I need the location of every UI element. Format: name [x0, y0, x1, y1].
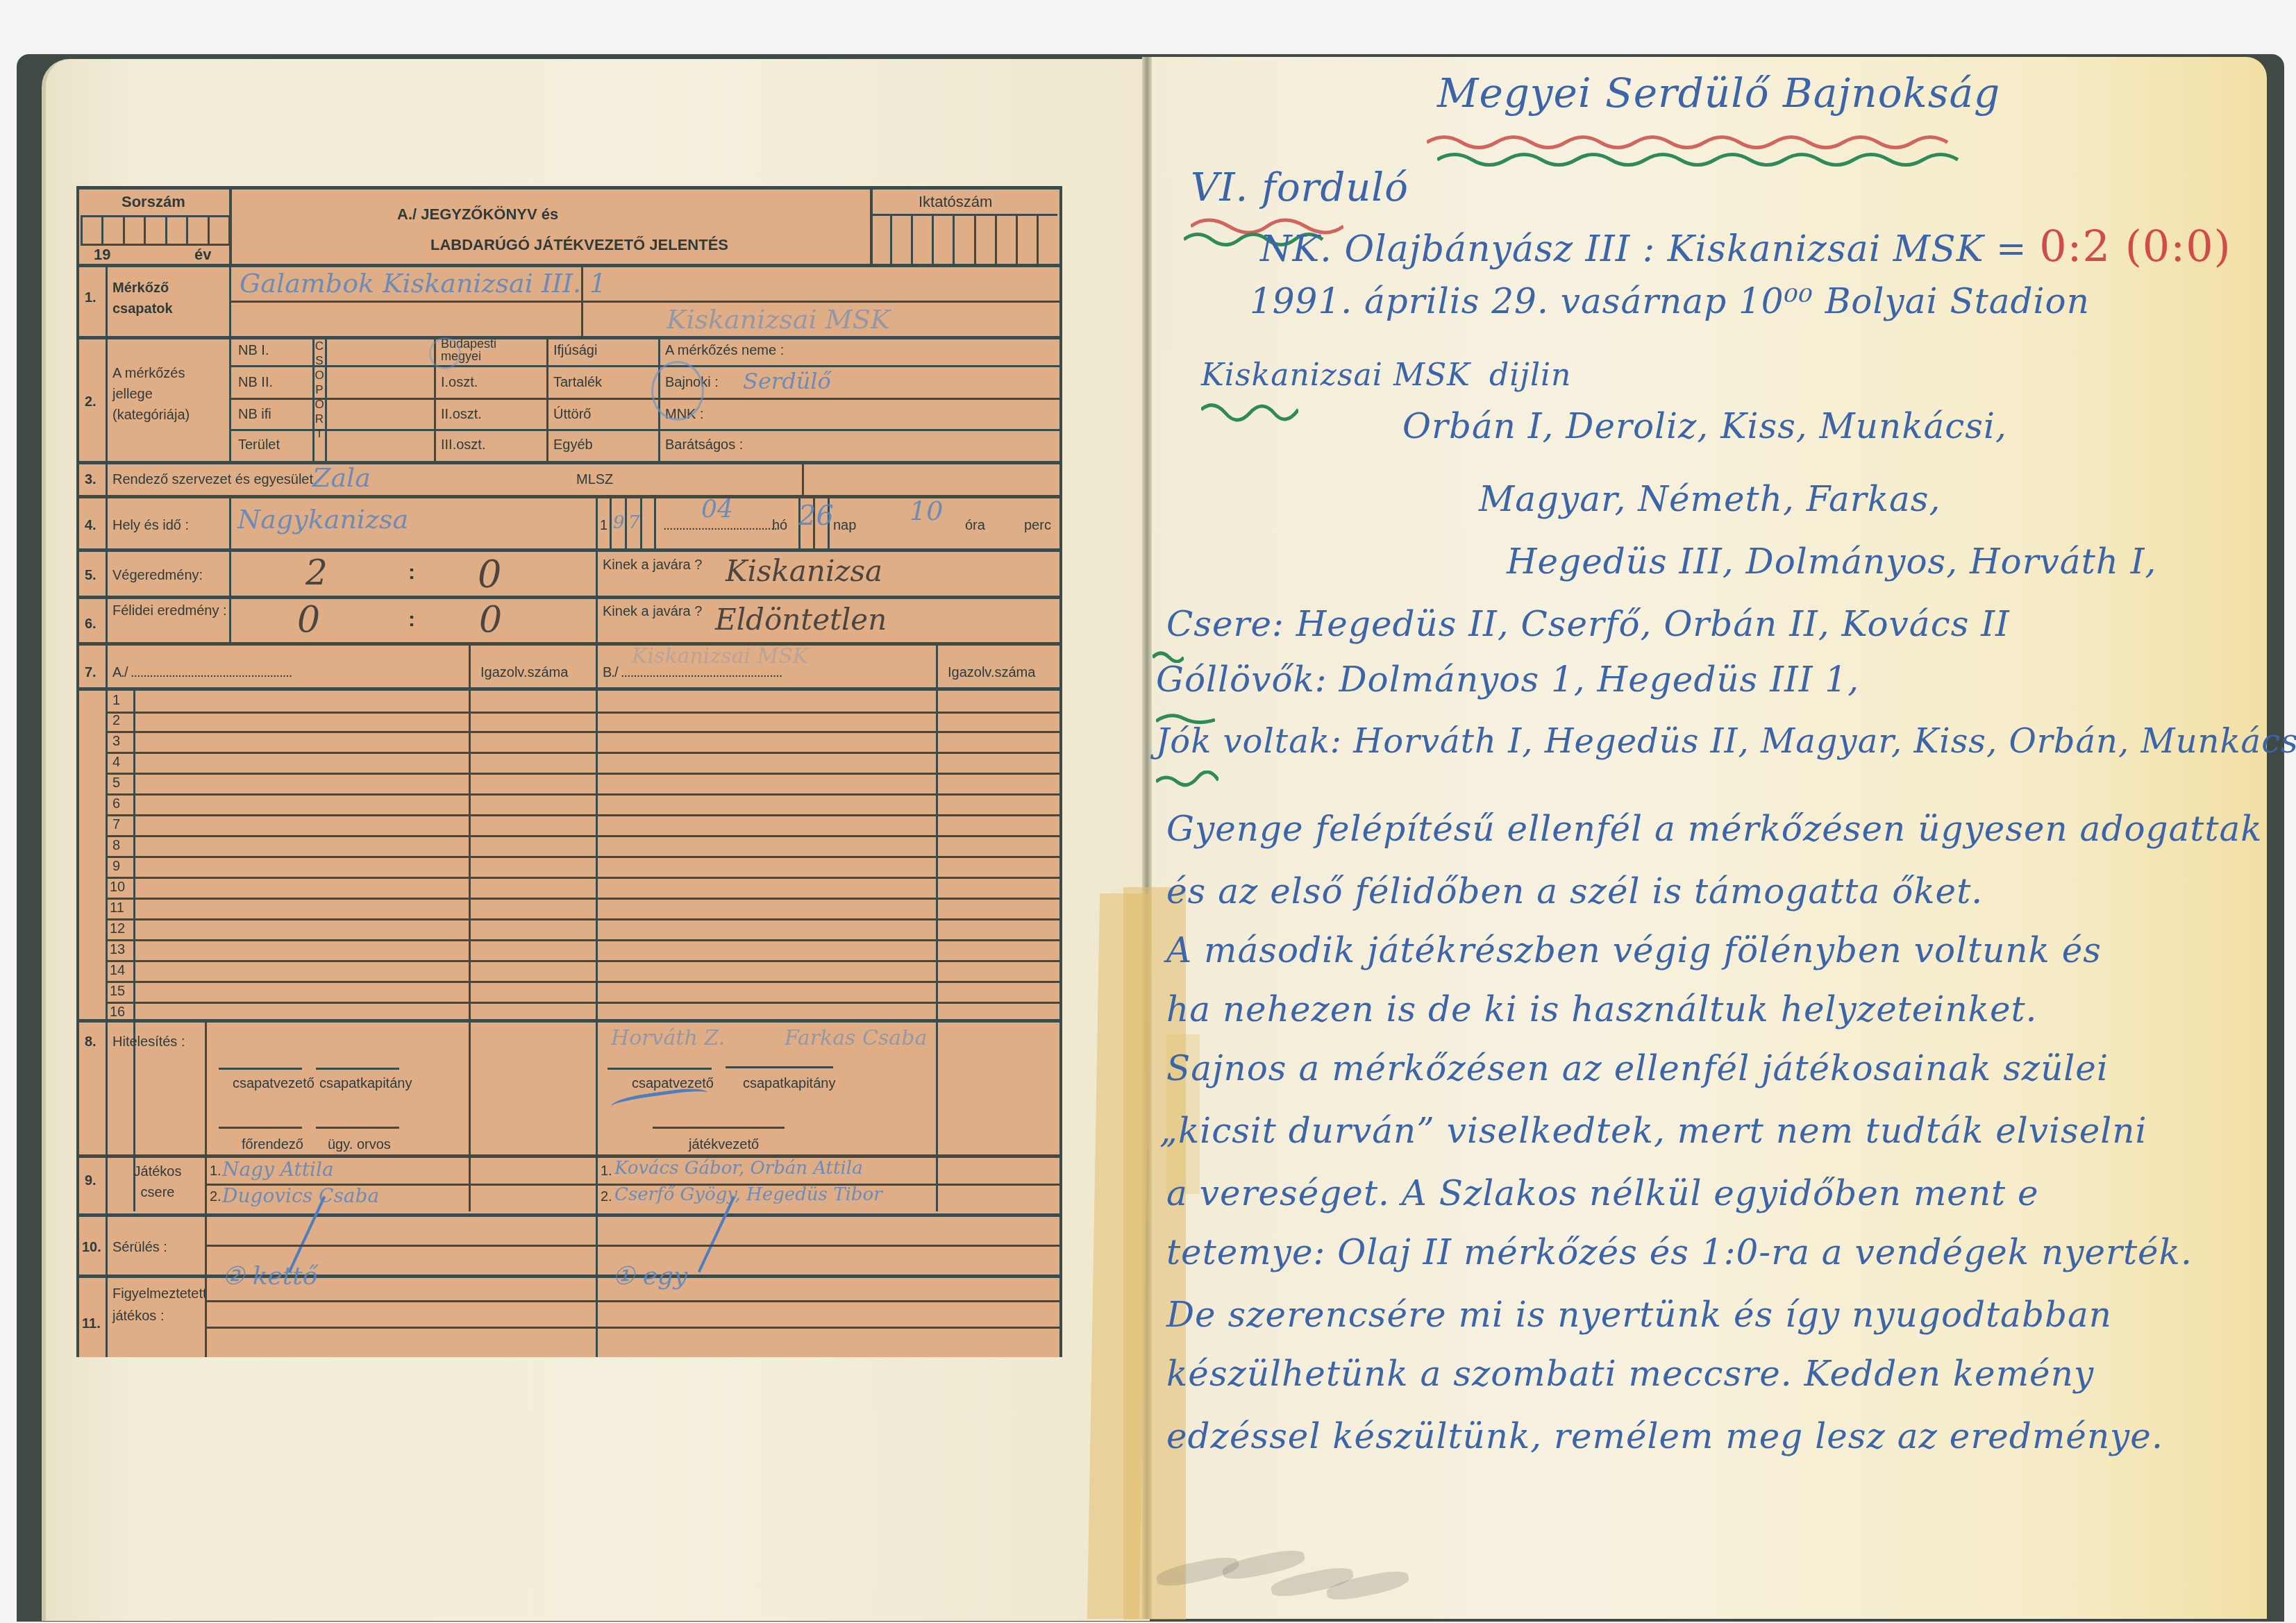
table-row[interactable]: 1	[106, 691, 1059, 714]
table-row[interactable]: 4	[106, 753, 1059, 775]
category-ii-oszt[interactable]: II.oszt.	[441, 407, 482, 423]
halftime-label: Félidei eredmény :	[112, 601, 227, 621]
table-row[interactable]: 2	[106, 712, 1059, 733]
category-terulet[interactable]: Terület	[238, 437, 280, 453]
form-title-line1: A./ JEGYZŐKÖNYV és	[397, 205, 558, 224]
team-b-roster-handwritten: Kiskanizsai MSK	[632, 644, 808, 668]
row-number: 1.	[85, 290, 97, 306]
final-result-label: Végeredmény:	[112, 568, 203, 584]
player-number: 5	[112, 775, 120, 791]
injury-label: Sérülés :	[112, 1240, 167, 1256]
row-number: 3.	[85, 472, 97, 488]
table-row[interactable]: 14	[106, 961, 1059, 983]
team-a-id-header: Igazolv.száma	[480, 665, 568, 681]
category-ifjusagi[interactable]: Ifjúsági	[553, 343, 597, 359]
sorszam-boxes[interactable]	[81, 215, 231, 246]
player-number: 12	[110, 921, 125, 937]
score-separator: :	[408, 608, 415, 632]
hour-label: óra	[965, 518, 985, 534]
table-row[interactable]: 12	[106, 920, 1059, 941]
player-number: 9	[112, 859, 120, 875]
player-number: 14	[110, 963, 125, 979]
player-number: 7	[112, 817, 120, 833]
signature-captain-b: Farkas Csaba	[785, 1026, 927, 1050]
sub-a-1[interactable]: Nagy Attila	[222, 1158, 334, 1181]
place-value[interactable]: Nagykanizsa	[237, 504, 408, 535]
report-line-4: ha nehezen is de ki is használtuk helyze…	[1166, 989, 2038, 1029]
halftime-away-score[interactable]: 0	[479, 599, 502, 641]
row-number: 5.	[85, 568, 97, 584]
table-row[interactable]: 11	[106, 899, 1059, 920]
table-row[interactable]: 3	[106, 732, 1059, 754]
category-i-oszt[interactable]: I.oszt.	[441, 375, 478, 391]
table-row[interactable]: 5	[106, 774, 1059, 796]
score-separator: :	[408, 561, 415, 585]
team-a-roster-label: A./ ....................................…	[112, 665, 292, 681]
category-tartalek[interactable]: Tartalék	[553, 375, 602, 391]
sub-slot-2: 2.	[601, 1189, 612, 1205]
organizer-label: Rendező szervezet és egyesület	[112, 472, 313, 488]
final-away-score[interactable]: 0	[478, 553, 501, 596]
iktatoszam-label: Iktatószám	[919, 193, 992, 211]
category-nb2[interactable]: NB II.	[238, 375, 273, 391]
final-home-score[interactable]: 2	[305, 553, 328, 593]
organizer-mlsz: MLSZ	[576, 472, 613, 488]
player-number: 15	[110, 984, 125, 1000]
match-type-handwritten[interactable]: Serdülő	[743, 368, 831, 394]
category-label: A mérkőzés jellege (kategóriája)	[112, 363, 227, 426]
row-number: 8.	[85, 1034, 97, 1050]
year-suffix: év	[194, 246, 211, 264]
player-number: 10	[110, 880, 125, 895]
year-digit-3[interactable]: 7	[628, 512, 640, 533]
team-b-value[interactable]: Kiskanizsai MSK	[667, 304, 890, 335]
row-number: 7.	[85, 665, 97, 681]
lineup-line-1: Orbán I, Deroliz, Kiss, Munkácsi,	[1402, 406, 2007, 446]
hour-value[interactable]: 10	[910, 496, 943, 526]
report-line-6: „kicsit durván” viselkedtek, mert nem tu…	[1159, 1111, 2147, 1151]
place-time-label: Hely és idő :	[112, 518, 189, 534]
year-prefix: 19	[94, 246, 110, 264]
match-report-form: Sorszám 19 év A./ JEGYZŐKÖNYV és LABDARÚ…	[76, 186, 1062, 1357]
year-digit-2[interactable]: 9	[613, 512, 625, 533]
table-row[interactable]: 6	[106, 795, 1059, 816]
player-number: 4	[112, 755, 120, 771]
sub-slot-1: 1.	[210, 1163, 221, 1179]
month-label: hó	[772, 518, 787, 534]
player-number: 1	[112, 693, 120, 709]
category-nb-ifi[interactable]: NB ifi	[238, 407, 271, 423]
warned-player-label: Figyelmeztetett játékos :	[112, 1283, 196, 1327]
match-score: 0:2 (0:0)	[2039, 221, 2231, 271]
green-wavy-underline	[1201, 403, 1298, 423]
csoport-vertical-label: CSOPORT	[315, 339, 324, 441]
table-row[interactable]: 10	[106, 878, 1059, 900]
report-line-8: tetemye: Olaj II mérkőzés és 1:0-ra a ve…	[1166, 1232, 2193, 1272]
category-uttoro[interactable]: Úttörő	[553, 407, 591, 423]
sig-label-captain-a: csapatkapitány	[319, 1076, 412, 1092]
report-line-10: készülhetünk a szombati meccsre. Kedden …	[1166, 1354, 2094, 1394]
final-favor-value[interactable]: Kiskanizsa	[726, 554, 882, 588]
lineup-line-2: Magyar, Németh, Farkas,	[1479, 479, 1941, 519]
table-row[interactable]: 8	[106, 836, 1059, 858]
halftime-favor-label: Kinek a javára ?	[603, 604, 702, 620]
lineup-line-3: Hegedüs III, Dolmányos, Horváth I,	[1507, 541, 2157, 582]
row-number: 11.	[82, 1316, 101, 1332]
player-number: 13	[110, 942, 125, 958]
month-dots: ....................................	[663, 518, 777, 534]
row-number: 6.	[85, 616, 97, 632]
sub-b-1[interactable]: Kovács Gábor, Orbán Attila	[614, 1158, 863, 1179]
player-number: 2	[112, 713, 120, 729]
report-line-9: De szerencsére mi is nyertünk és így nyu…	[1166, 1295, 2112, 1335]
match-type-baratsagos[interactable]: Barátságos :	[665, 437, 743, 453]
minute-label: perc	[1024, 518, 1051, 534]
substitutes: Csere: Hegedüs II, Cserfő, Orbán II, Kov…	[1166, 604, 2010, 644]
teams-label: Mérkőző csapatok	[112, 278, 224, 319]
sig-label-organizer: főrendező	[242, 1137, 303, 1153]
sig-label-captain-b: csapatkapitány	[743, 1076, 835, 1092]
sig-label-referee: játékvezető	[689, 1137, 759, 1153]
report-line-3: A második játékrészben végig fölényben v…	[1166, 930, 2102, 970]
report-line-2: és az első félidőben a szél is támogatta…	[1166, 871, 1983, 911]
round-heading: VI. forduló	[1191, 165, 1409, 210]
player-number: 16	[110, 1004, 125, 1020]
circled-bajnoki-mark	[651, 361, 704, 421]
report-line-1: Gyenge felépítésű ellenfél a mérkőzésen …	[1166, 809, 2263, 849]
match-teams: NK. Olajbányász III : Kiskanizsai MSK =	[1260, 228, 2039, 270]
player-number: 3	[112, 734, 120, 750]
good-players: Jók voltak: Horváth I, Hegedüs II, Magya…	[1156, 722, 2296, 761]
authentication-label: Hitelesítés :	[112, 1034, 185, 1050]
warned-b-value[interactable]: ① egy	[612, 1262, 687, 1290]
table-row[interactable]: 15	[106, 982, 1059, 1004]
report-line-5: Sajnos a mérkőzésen az ellenfél játékosa…	[1166, 1048, 2109, 1088]
sorszam-label: Sorszám	[121, 193, 185, 211]
team-a-value[interactable]: Galambok Kiskanizsai III. 1	[240, 268, 606, 298]
team-name: Kiskanizsai MSK	[1201, 358, 1470, 393]
player-number: 11	[110, 900, 124, 916]
iktatoszam-boxes[interactable]	[871, 214, 1057, 266]
table-row[interactable]: 13	[106, 941, 1059, 962]
halftime-home-score[interactable]: 0	[297, 599, 320, 641]
match-line: NK. Olajbányász III : Kiskanizsai MSK = …	[1260, 221, 2231, 271]
row-number: 2.	[85, 394, 97, 410]
sub-slot-1: 1.	[601, 1163, 612, 1179]
sub-b-2[interactable]: Cserfő Gyögy, Hegedüs Tibor	[614, 1184, 882, 1205]
substitution-label: Játékos csere	[119, 1161, 196, 1203]
category-egyeb[interactable]: Egyéb	[553, 437, 593, 453]
row-number: 9.	[85, 1173, 97, 1189]
signature-team-leader-b: Horváth Z.	[611, 1026, 725, 1050]
report-line-11: edzéssel készültünk, remélem meg lesz az…	[1166, 1416, 2163, 1456]
green-wavy-underline	[1156, 771, 1218, 787]
sig-label-team-leader-a: csapatvezető	[233, 1076, 315, 1092]
row-number: 4.	[85, 518, 97, 534]
match-type-label: A mérkőzés neme :	[665, 343, 784, 359]
final-favor-label: Kinek a javára ?	[603, 557, 702, 573]
goal-scorers: Góllövők: Dolmányos 1, Hegedüs III 1,	[1156, 659, 1859, 700]
category-nb1[interactable]: NB I.	[238, 343, 269, 359]
row-number: 10.	[82, 1240, 101, 1256]
green-wavy-underline	[1437, 149, 1965, 170]
day-value[interactable]: 26	[798, 500, 834, 532]
day-label: nap	[833, 518, 856, 534]
table-row[interactable]: 7	[106, 816, 1059, 837]
category-iii-oszt[interactable]: III.oszt.	[441, 437, 485, 453]
sub-a-2[interactable]: Dugovics Csaba	[222, 1184, 379, 1207]
table-row[interactable]: 9	[106, 857, 1059, 879]
report-line-7: a vereséget. A Szlakos nélkül egyidőben …	[1166, 1173, 2039, 1213]
team-b-id-header: Igazolv.száma	[948, 665, 1035, 681]
halftime-favor-value[interactable]: Eldöntetlen	[715, 603, 887, 637]
form-title-line2: LABDARÚGÓ JÁTÉKVEZETŐ JELENTÉS	[430, 236, 728, 254]
player-roster-table: 1 2 3 4 5 6 7 8 9 10 11 12 13 14 15 16	[106, 691, 1059, 1211]
match-date-venue: 1991. április 29. vasárnap 10⁰⁰ Bolyai S…	[1250, 281, 2090, 321]
year-digit-1: 1	[600, 518, 607, 534]
sub-slot-2: 2.	[210, 1189, 221, 1205]
circled-megyei-mark	[429, 337, 461, 369]
player-number: 8	[112, 838, 120, 854]
organizer-value[interactable]: Zala	[312, 462, 371, 493]
player-number: 6	[112, 796, 120, 812]
warned-a-value[interactable]: ② kettő	[222, 1262, 317, 1290]
team-suffix: dijlin	[1489, 358, 1571, 393]
sig-label-doctor: ügy. orvos	[328, 1137, 391, 1153]
notes-title: Megyei Serdülő Bajnokság	[1437, 69, 2000, 117]
